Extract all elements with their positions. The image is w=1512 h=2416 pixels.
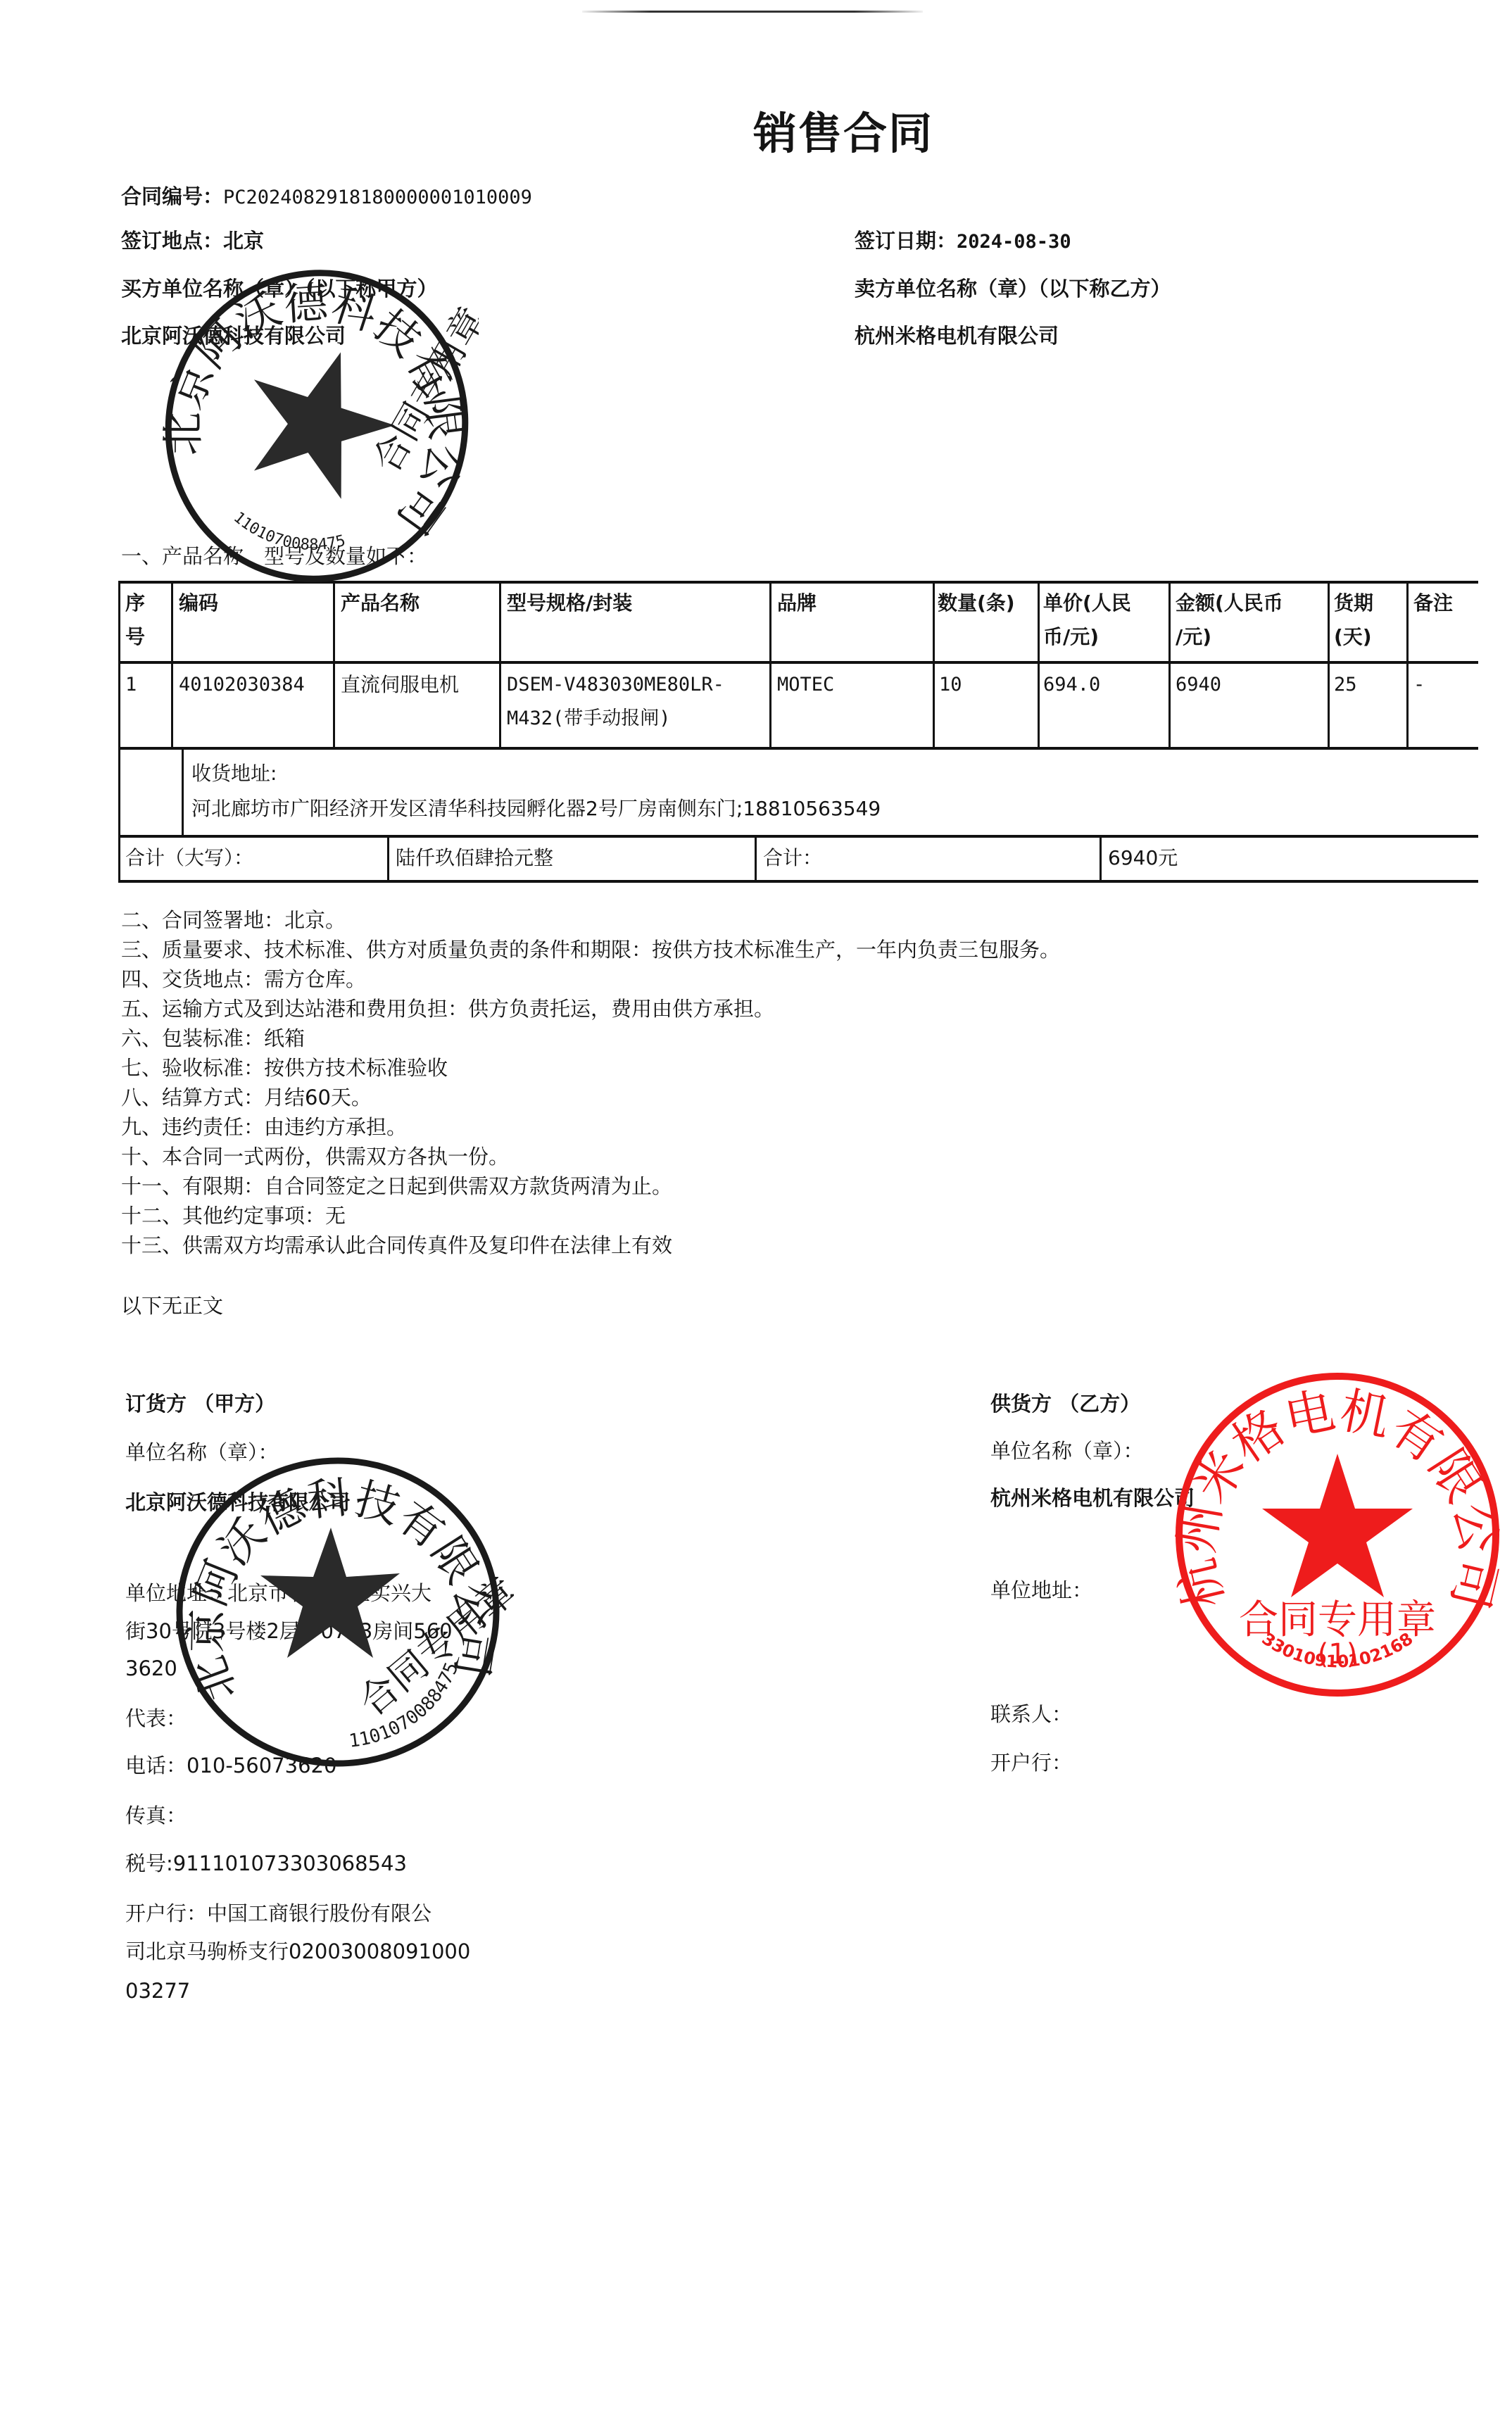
document-title: 销售合同 (753, 99, 933, 161)
product-table: 序 号 编码 产品名称 型号规格/封装 品牌 数量(条) 单价(人民 币/元) … (118, 581, 1478, 881)
clause-item: 十二、其他约定事项：无 (121, 1204, 346, 1228)
total-value: 6940元 (1108, 841, 1178, 875)
cell-quantity: 10 (939, 668, 962, 702)
cell-model: DSEM-V483030ME80LR- M432(带手动报闸) (507, 668, 724, 736)
header-cell-code: 编码 (179, 586, 218, 620)
cell-brand: MOTEC (777, 668, 834, 702)
table-rule (118, 835, 1478, 838)
header-cell-model: 型号规格/封装 (507, 586, 632, 620)
contract-number-field: 合同编号：PC2024082918180000001010009 (121, 184, 532, 210)
header-cell-remark: 备注 (1413, 586, 1453, 620)
party-a-tax-value: 911101073303068543 (173, 1851, 407, 1875)
clause-item: 七、验收标准：按供方技术标准验收 (121, 1056, 448, 1080)
cell-amount: 6940 (1176, 668, 1221, 702)
sign-date-value: 2024-08-30 (957, 231, 1071, 253)
table-rule (182, 747, 184, 835)
header-text: 号 (125, 620, 168, 654)
header-cell-brand: 品牌 (777, 586, 817, 620)
party-a-bank-line: 司北京马驹桥支行02003008091000 (125, 1939, 470, 1963)
sign-place-field: 签订地点：北京 (121, 229, 264, 253)
star-icon (227, 329, 411, 508)
party-b-address-label: 单位地址： (990, 1578, 1092, 1602)
sign-place-value: 北京 (223, 229, 264, 253)
cell-code: 40102030384 (179, 668, 305, 702)
header-text: 货期 (1334, 586, 1373, 620)
sign-date-label: 签订日期： (855, 229, 957, 253)
clause-item: 十一、有限期：自合同签定之日起到供需双方款货两清为止。 (121, 1174, 672, 1198)
table-rule (118, 747, 1478, 750)
table-rule (118, 661, 1478, 664)
party-a-fax-label: 传真： (125, 1804, 187, 1827)
header-cell-lead-time: 货期 (天) (1334, 586, 1373, 654)
buyer-seal-bottom: 北京阿沃德科技有限公司 1101070088475 合同专用章 (162, 1450, 514, 1774)
header-text: 序 (125, 586, 168, 620)
sign-date-field: 签订日期：2024-08-30 (855, 229, 1071, 254)
total-label: 合计： (763, 841, 822, 875)
party-b-name-label: 单位名称（章）： (990, 1439, 1144, 1463)
party-a-tax: 税号:911101073303068543 (125, 1851, 407, 1875)
header-text: (天) (1334, 620, 1373, 654)
model-line: DSEM-V483030ME80LR- (507, 668, 724, 702)
header-text: /元) (1176, 620, 1283, 654)
table-rule (499, 581, 501, 747)
clause-item: 九、违约责任：由违约方承担。 (121, 1115, 407, 1139)
clause-item: 十三、供需双方均需承认此合同传真件及复印件在法律上有效 (121, 1233, 672, 1257)
contract-number-label: 合同编号： (121, 184, 223, 208)
total-upper-value: 陆仟玖佰肆拾元整 (396, 841, 553, 875)
seller-name: 杭州米格电机有限公司 (855, 324, 1059, 348)
contract-number-value: PC2024082918180000001010009 (223, 187, 532, 208)
party-a-bank-line: 03277 (125, 1979, 190, 2003)
table-rule (333, 581, 335, 747)
end-note: 以下无正文 (121, 1294, 223, 1318)
party-b-name: 杭州米格电机有限公司 (990, 1486, 1195, 1510)
party-b-heading: 供货方 （乙方） (990, 1392, 1140, 1416)
clause-item: 三、质量要求、技术标准、供方对质量负责的条件和期限：按供方技术标准生产，一年内负… (121, 938, 1060, 962)
delivery-address-label: 收货地址: (191, 757, 277, 791)
table-rule (118, 581, 120, 881)
table-rule (1406, 581, 1409, 747)
header-text: 币/元) (1043, 620, 1131, 654)
party-a-bank: 开户行：中国工商银行股份有限公 (125, 1901, 431, 1925)
header-cell-product-name: 产品名称 (341, 586, 420, 620)
cell-unit-price: 694.0 (1043, 668, 1100, 702)
scan-top-rule (582, 11, 923, 13)
header-cell-unit-price: 单价(人民 币/元) (1043, 586, 1131, 654)
seller-label: 卖方单位名称（章）（以下称乙方） (855, 277, 1171, 301)
table-rule (1038, 581, 1040, 747)
clause-item: 六、包装标准：纸箱 (121, 1026, 305, 1050)
clause-item: 十、本合同一式两份，供需双方各执一份。 (121, 1145, 509, 1169)
total-upper-label: 合计（大写）： (125, 841, 253, 875)
table-rule (1328, 581, 1330, 747)
cell-seq: 1 (125, 668, 137, 702)
clause-item: 八、结算方式：月结60天。 (121, 1086, 372, 1109)
header-cell-quantity: 数量(条) (938, 586, 1015, 620)
star-icon (1262, 1454, 1413, 1597)
party-a-bank-label: 开户行： (125, 1901, 207, 1925)
clause-item: 四、交货地点：需方仓库。 (121, 967, 366, 991)
buyer-seal-top: 北京阿沃德科技有限公司 1101070088475 合同专用章 (155, 264, 479, 588)
table-rule (1100, 835, 1102, 881)
party-a-bank-value: 中国工商银行股份有限公 (207, 1901, 431, 1925)
party-b-bank-label: 开户行： (990, 1751, 1072, 1775)
table-rule (118, 880, 1478, 883)
table-rule (755, 835, 757, 881)
header-text: 单价(人民 (1043, 586, 1131, 620)
header-cell-seq: 序 号 (125, 586, 168, 654)
party-b-contact-label: 联系人： (990, 1702, 1072, 1726)
party-a-tax-label: 税号: (125, 1851, 173, 1875)
table-rule (933, 581, 935, 747)
table-rule (387, 835, 389, 881)
header-text: 金额(人民币 (1176, 586, 1283, 620)
star-icon (260, 1528, 400, 1658)
cell-product-name: 直流伺服电机 (341, 668, 459, 702)
sign-place-label: 签订地点： (121, 229, 223, 253)
seller-seal: 杭州米格电机有限公司 合同专用章 (1) 33010910102168 (1172, 1369, 1503, 1700)
clause-item: 二、合同签署地：北京。 (121, 908, 346, 932)
party-a-heading: 订货方 （甲方） (125, 1392, 275, 1416)
header-cell-amount: 金额(人民币 /元) (1176, 586, 1283, 654)
table-rule (769, 581, 771, 747)
model-line: M432(带手动报闸) (507, 702, 724, 736)
cell-lead-time: 25 (1334, 668, 1357, 702)
table-rule (1168, 581, 1171, 747)
cell-remark: - (1413, 668, 1425, 702)
delivery-address: 河北廊坊市广阳经济开发区清华科技园孵化器2号厂房南侧东门;18810563549 (191, 792, 881, 826)
clause-item: 五、运输方式及到达站港和费用负担：供方负责托运，费用由供方承担。 (121, 997, 774, 1021)
table-rule (171, 581, 173, 747)
